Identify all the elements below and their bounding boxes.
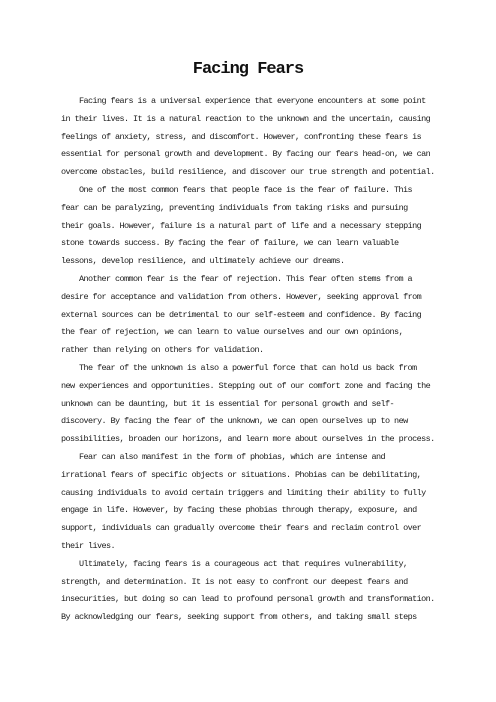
text-line: By acknowledging our fears, seeking supp…	[61, 609, 441, 627]
text-line: rather than relying on others for valida…	[61, 342, 441, 360]
document-page: Facing Fears Facing fears is a universal…	[0, 0, 496, 702]
text-line: discovery. By facing the fear of the unk…	[61, 413, 441, 431]
text-line: desire for acceptance and validation fro…	[61, 289, 441, 307]
text-line: in their lives. It is a natural reaction…	[61, 111, 441, 129]
text-line: lessons, develop resilience, and ultimat…	[61, 253, 441, 271]
text-line: Ultimately, facing fears is a courageous…	[61, 556, 441, 574]
text-line: insecurities, but doing so can lead to p…	[61, 591, 441, 609]
document-title: Facing Fears	[0, 57, 496, 83]
text-line: feelings of anxiety, stress, and discomf…	[61, 129, 441, 147]
text-line: their lives.	[61, 538, 441, 556]
text-line: fear can be paralyzing, preventing indiv…	[61, 200, 441, 218]
paragraph: One of the most common fears that people…	[61, 182, 441, 271]
text-line: Facing fears is a universal experience t…	[61, 93, 441, 111]
text-line: causing individuals to avoid certain tri…	[61, 485, 441, 503]
text-line: possibilities, broaden our horizons, and…	[61, 431, 441, 449]
text-line: The fear of the unknown is also a powerf…	[61, 360, 441, 378]
text-line: their goals. However, failure is a natur…	[61, 218, 441, 236]
paragraph: Another common fear is the fear of rejec…	[61, 271, 441, 360]
text-line: irrational fears of specific objects or …	[61, 467, 441, 485]
text-line: new experiences and opportunities. Stepp…	[61, 378, 441, 396]
text-line: Fear can also manifest in the form of ph…	[61, 449, 441, 467]
text-line: support, individuals can gradually overc…	[61, 520, 441, 538]
text-line: overcome obstacles, build resilience, an…	[61, 164, 441, 182]
document-body: Facing fears is a universal experience t…	[0, 93, 496, 627]
paragraph: Ultimately, facing fears is a courageous…	[61, 556, 441, 627]
text-line: Another common fear is the fear of rejec…	[61, 271, 441, 289]
text-line: external sources can be detrimental to o…	[61, 307, 441, 325]
text-line: strength, and determination. It is not e…	[61, 574, 441, 592]
text-line: the fear of rejection, we can learn to v…	[61, 324, 441, 342]
paragraph: The fear of the unknown is also a powerf…	[61, 360, 441, 449]
paragraph: Fear can also manifest in the form of ph…	[61, 449, 441, 556]
text-line: engage in life. However, by facing these…	[61, 502, 441, 520]
text-line: stone towards success. By facing the fea…	[61, 235, 441, 253]
text-line: One of the most common fears that people…	[61, 182, 441, 200]
text-line: essential for personal growth and develo…	[61, 146, 441, 164]
paragraph: Facing fears is a universal experience t…	[61, 93, 441, 182]
text-line: unknown can be daunting, but it is essen…	[61, 396, 441, 414]
